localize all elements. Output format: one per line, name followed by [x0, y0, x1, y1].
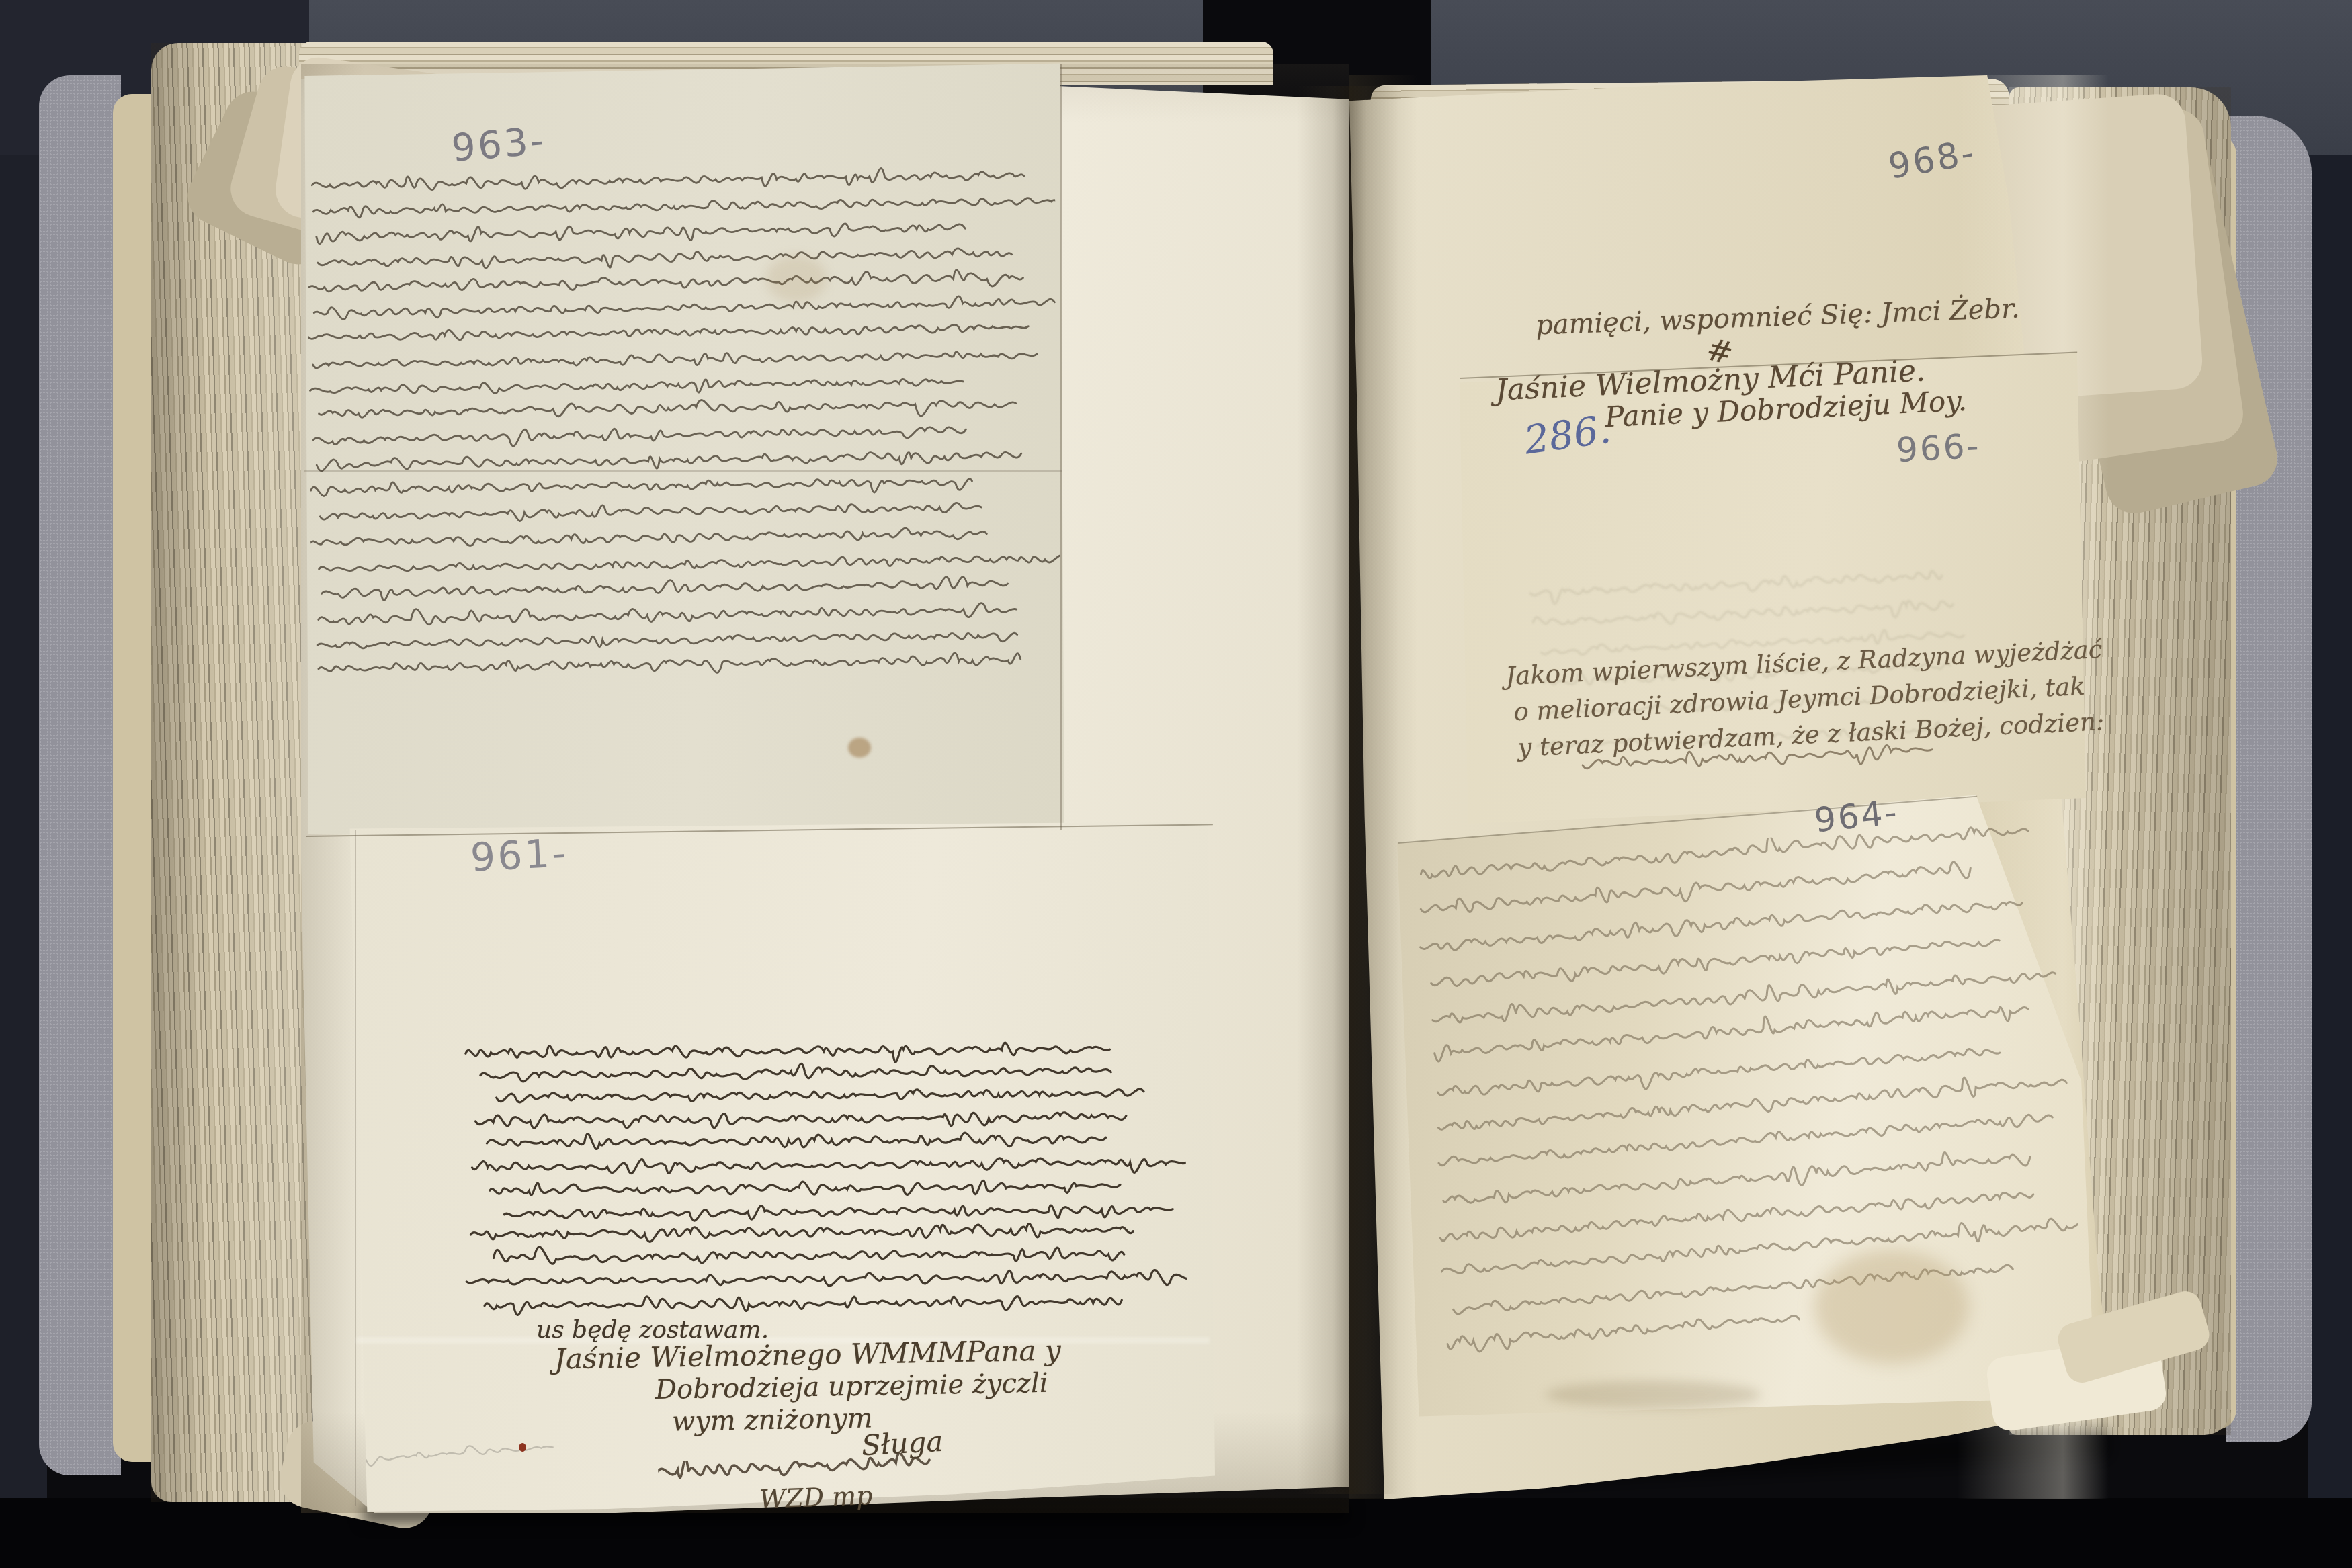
- signature-abbreviation: WZD mp: [759, 1483, 873, 1512]
- handwriting-963: [306, 164, 1062, 706]
- ink-spot-stain: [848, 738, 871, 758]
- backdrop-right-column: [2308, 155, 2352, 1568]
- closing-line: us będę zostawam.: [536, 1318, 769, 1342]
- valediction-line-3: wym zniżonym: [672, 1405, 873, 1435]
- handwriting-964: [1411, 817, 2087, 1391]
- catalogue-number-963: 963-: [450, 122, 548, 168]
- tan-blotch-stain: [766, 255, 827, 302]
- large-damp-stain: [1814, 1250, 1969, 1364]
- sheet-961-left-edge: [355, 830, 356, 1506]
- smudge-stain: [1546, 1381, 1761, 1409]
- archive-number-286: 286.: [1522, 409, 1613, 460]
- sheet-963-right-edge: [1060, 64, 1062, 830]
- catalogue-number-964: 964-: [1813, 795, 1900, 838]
- valediction-sluga: Sługa: [861, 1428, 943, 1460]
- handwriting-961: [462, 1037, 1187, 1338]
- valediction-line-2: Dobrodzieja uprzejmie życzli: [655, 1370, 1048, 1403]
- catalogue-number-961: 961-: [470, 833, 569, 877]
- valediction-line-1: Jaśnie Wielmożnego WMMMPana y: [554, 1336, 1061, 1373]
- book-cover-left: [39, 75, 121, 1475]
- photo-open-manuscript-book: 963- 961- 968- 966- 964- 286. pamięci, w…: [0, 0, 2352, 1568]
- red-wax-speck: [519, 1443, 526, 1452]
- gutter-shadow: [1297, 86, 1399, 1494]
- catalogue-number-966: 966-: [1896, 429, 1982, 467]
